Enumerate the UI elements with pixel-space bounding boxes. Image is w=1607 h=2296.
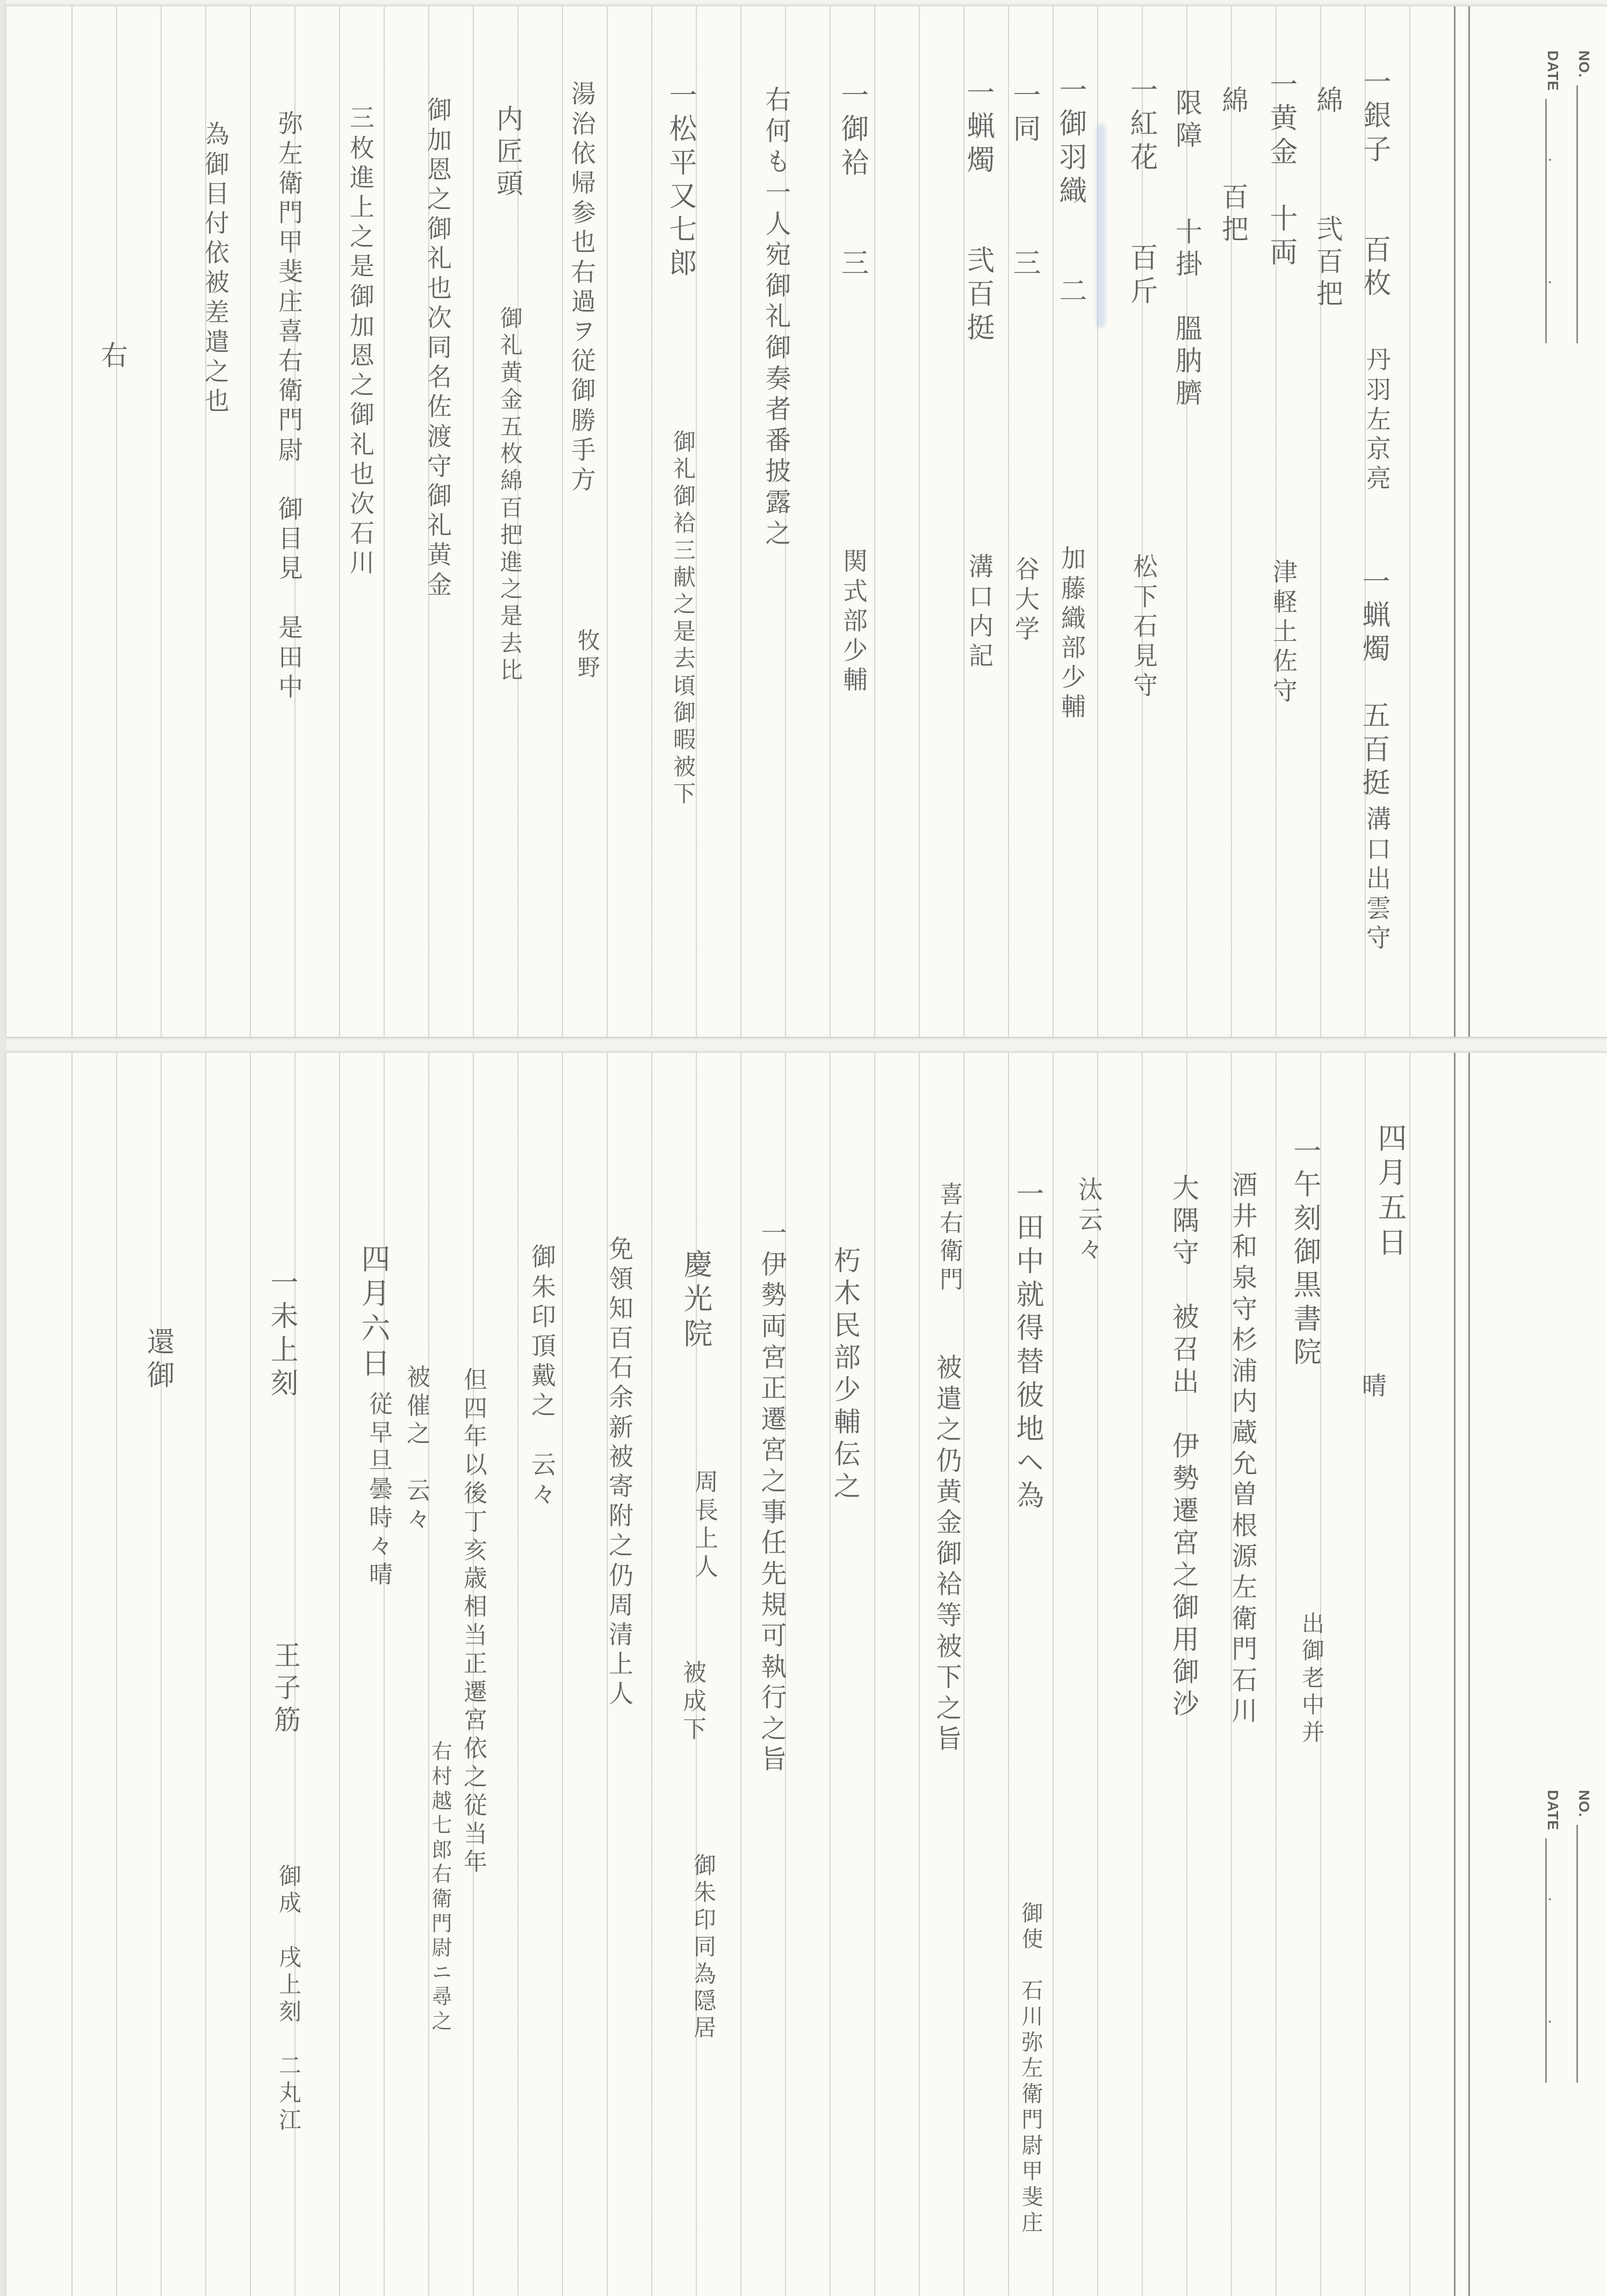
- handwritten-column: 四月六日: [359, 1244, 388, 1383]
- handwritten-column: 湯治依帰参也右過ヲ従御勝手方: [570, 81, 594, 496]
- date-line: ・ ・: [1545, 1838, 1570, 2083]
- no-label: NO.: [1576, 50, 1591, 85]
- handwritten-column: 一黄金 十両: [1267, 70, 1295, 271]
- date-dot: ・: [1543, 154, 1558, 165]
- handwritten-column: 一午刻御黒書院: [1291, 1136, 1318, 1371]
- handwritten-column: 慶光院: [681, 1249, 710, 1353]
- handwritten-column: 御加恩之御礼也次同名佐渡守御礼黄金: [426, 97, 450, 601]
- date-line: ・ ・: [1545, 99, 1570, 344]
- handwritten-column: 一御羽織 二: [1056, 75, 1084, 310]
- handwritten-column: 牧野: [576, 629, 599, 683]
- paper-header: NO. DATE ・ ・: [1538, 1790, 1600, 2083]
- handwritten-column: 一松平又七郎: [666, 81, 694, 281]
- handwritten-column: 免領知百石余新被寄附之仍周清上人: [607, 1236, 632, 1710]
- scanned-document: NO. DATE ・ ・ NO. DATE ・: [0, 0, 1607, 2296]
- handwritten-column: 溝口出雲守: [1365, 806, 1389, 954]
- handwritten-column: 御使 石川弥左衛門尉甲斐庄: [1020, 1902, 1041, 2237]
- handwritten-column: 一田中就得替彼地ヘ為: [1013, 1179, 1041, 1514]
- no-line: [1576, 1825, 1602, 2083]
- handwritten-column: 綿 弐百把: [1314, 86, 1341, 312]
- handwritten-column: 被遣之仍黄金御袷等被下之旨: [934, 1354, 960, 1756]
- handwritten-column: 朽木民部少輔伝之: [832, 1246, 859, 1504]
- handwritten-column: 周長上人: [692, 1469, 716, 1583]
- handwritten-column: 右村越七郎右衛門尉ニ尋之: [430, 1741, 450, 2034]
- handwritten-column: 一蝋燭 五百挺: [1359, 567, 1387, 802]
- handwritten-column: 右: [99, 341, 126, 373]
- handwritten-column: 御朱印頂戴之 云々: [530, 1244, 554, 1511]
- scan-edge: [0, 0, 6, 2296]
- handwritten-column: 御朱印同為隠居: [692, 1853, 715, 2043]
- date-label: DATE: [1545, 50, 1560, 99]
- handwritten-column: 限障 十掛 膃肭臍: [1173, 89, 1200, 411]
- handwritten-column: 王子筋: [272, 1641, 299, 1738]
- handwritten-column: 晴: [1360, 1373, 1385, 1402]
- margin-double-line: [1454, 6, 1470, 1037]
- handwritten-column: 御成 戌上刻 二丸江: [277, 1864, 300, 2135]
- handwritten-column: 一伊勢両宮正遷宮之事任先規可執行之旨: [759, 1219, 784, 1777]
- handwritten-column: 但四年以後丁亥歳相当正遷宮依之従当年: [461, 1367, 485, 1878]
- handwritten-column: 丹羽左京亮: [1365, 346, 1389, 495]
- handwritten-column: 還御: [144, 1327, 172, 1394]
- handwritten-column: 汰云々: [1077, 1176, 1101, 1266]
- handwritten-column: 一同 三: [1010, 81, 1038, 281]
- handwritten-column: 喜右衛門: [937, 1182, 961, 1295]
- no-line: [1576, 85, 1602, 343]
- handwritten-column: 右何も一人宛御礼御奏者番披露之: [763, 86, 789, 550]
- handwritten-column: 内匠頭: [494, 105, 521, 201]
- handwritten-column: 津軽土佐守: [1271, 559, 1296, 707]
- handwritten-column: 松下石見守: [1132, 553, 1156, 702]
- highlight-streak: [1096, 124, 1106, 328]
- no-row: NO.: [1576, 50, 1600, 343]
- handwritten-column: 三枚進上之是御加恩之御礼也次石川: [348, 105, 373, 579]
- page-2-sheet: NO. DATE ・ ・: [6, 1052, 1607, 2296]
- handwritten-column: 綿 百把: [1220, 86, 1246, 247]
- handwritten-column: 酒井和泉守杉浦内蔵允曽根源左衛門石川: [1229, 1171, 1255, 1728]
- handwritten-column: 溝口内記: [967, 553, 992, 672]
- handwritten-column: 御礼御袷三献之是去頃御暇被下: [672, 430, 694, 809]
- handwritten-column: 一蝋燭 弐百挺: [964, 78, 992, 346]
- no-row: NO.: [1576, 1790, 1600, 2083]
- handwritten-column: 被催之 云々: [404, 1364, 428, 1535]
- paper-header: NO. DATE ・ ・: [1538, 50, 1600, 343]
- handwritten-column: 大隅守 被召出 伊勢遷宮之御用御沙: [1170, 1174, 1197, 1722]
- handwritten-column: 加藤織部少輔: [1060, 545, 1084, 723]
- handwritten-column: 弥左衛門甲斐庄喜右衛門尉 御目見 是田中: [277, 110, 301, 703]
- handwritten-column: 関式部少輔: [841, 548, 866, 696]
- handwritten-column: 従早旦曇時々晴: [366, 1391, 390, 1590]
- date-dot: ・: [1543, 277, 1558, 287]
- handwritten-column: 一御袷 三: [838, 81, 866, 281]
- date-dot: ・: [1543, 1894, 1558, 1904]
- date-dot: ・: [1543, 2016, 1558, 2027]
- handwritten-column: 御礼黄金五枚綿百把進之是去比: [499, 306, 521, 685]
- handwritten-column: 被成下: [680, 1660, 704, 1745]
- handwritten-column: 出御老中并: [1300, 1612, 1323, 1747]
- handwritten-column: 谷大学: [1013, 556, 1038, 645]
- no-label: NO.: [1576, 1790, 1591, 1825]
- handwritten-column: 一紅花 百斤: [1127, 75, 1155, 310]
- handwritten-column: 一未上刻: [268, 1268, 296, 1402]
- date-row: DATE ・ ・: [1545, 1790, 1569, 2083]
- date-label: DATE: [1545, 1790, 1560, 1838]
- margin-double-line: [1454, 1053, 1470, 2296]
- date-row: DATE ・ ・: [1545, 50, 1569, 343]
- handwritten-column: 一銀子 百枚: [1360, 67, 1388, 302]
- handwritten-column: 為御目付依被差遣之也: [203, 121, 228, 417]
- handwritten-column: 四月五日: [1375, 1123, 1404, 1262]
